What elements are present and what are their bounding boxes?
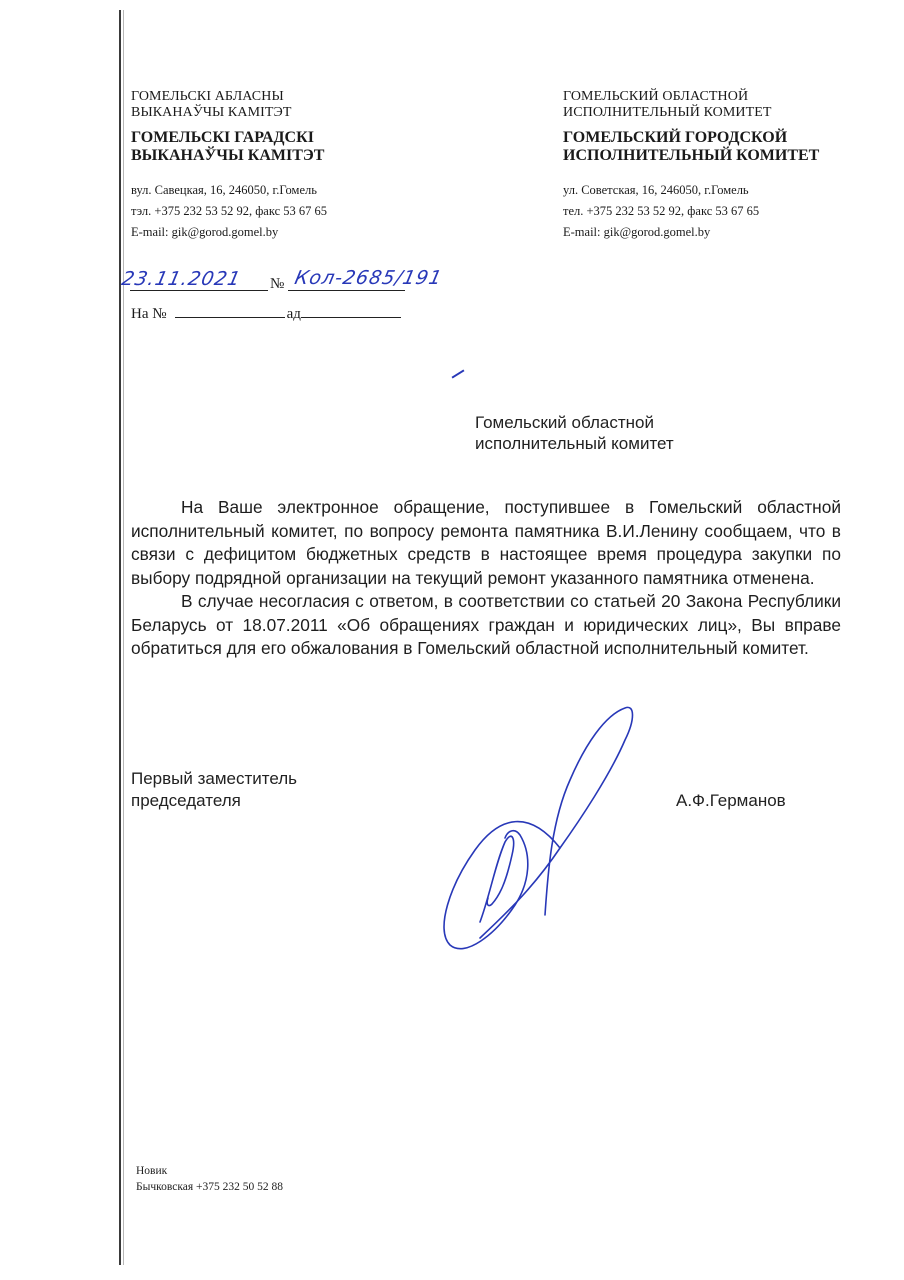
- org-name-line-1: ГОМЕЛЬСКІ ГАРАДСКІ: [131, 129, 451, 147]
- letter-body: На Ваше электронное обращение, поступивш…: [131, 496, 841, 661]
- number-field-line: [288, 290, 405, 291]
- handwritten-number: Кол-2685/191: [293, 267, 445, 289]
- number-label: №: [270, 276, 284, 293]
- address: ул. Советская, 16, 246050, г.Гомель: [563, 180, 883, 201]
- email: E-mail: gik@gorod.gomel.by: [131, 222, 451, 243]
- contact-info: вул. Савецкая, 16, 246050, г.Гомель тэл.…: [131, 180, 451, 243]
- signer-name: А.Ф.Германов: [676, 790, 786, 812]
- phone: тэл. +375 232 53 52 92, факс 53 67 65: [131, 201, 451, 222]
- body-paragraph: На Ваше электронное обращение, поступивш…: [131, 496, 841, 590]
- org-name-line-2: ИСПОЛНИТЕЛЬНЫЙ КОМИТЕТ: [563, 147, 883, 165]
- org-name-line-2: ВЫКАНАЎЧЫ КАМІТЭТ: [131, 147, 451, 165]
- handwritten-signature-icon: [420, 690, 650, 960]
- letterhead-russian: ГОМЕЛЬСКИЙ ОБЛАСТНОЙ ИСПОЛНИТЕЛЬНЫЙ КОМИ…: [563, 89, 883, 243]
- addressee-line-1: Гомельский областной: [475, 412, 674, 433]
- address: вул. Савецкая, 16, 246050, г.Гомель: [131, 180, 451, 201]
- phone: тел. +375 232 53 52 92, факс 53 67 65: [563, 201, 883, 222]
- executor-name: Новик: [136, 1163, 283, 1179]
- superior-org-line-1: ГОМЕЛЬСКІ АБЛАСНЫ: [131, 89, 451, 105]
- binding-line: [119, 10, 121, 1265]
- executor-info: Новик Бычковская +375 232 50 52 88: [136, 1163, 283, 1195]
- org-name: ГОМЕЛЬСКИЙ ГОРОДСКОЙ ИСПОЛНИТЕЛЬНЫЙ КОМИ…: [563, 129, 883, 165]
- addressee: Гомельский областной исполнительный коми…: [475, 412, 674, 454]
- org-name-line-1: ГОМЕЛЬСКИЙ ГОРОДСКОЙ: [563, 129, 883, 147]
- body-paragraph: В случае несогласия с ответом, в соответ…: [131, 590, 841, 661]
- contact-info: ул. Советская, 16, 246050, г.Гомель тел.…: [563, 180, 883, 243]
- executor-contact: Бычковская +375 232 50 52 88: [136, 1179, 283, 1195]
- date-field-line: [130, 290, 268, 291]
- signer-title: Первый заместитель председателя: [131, 768, 297, 812]
- reference-date-blank: [301, 303, 401, 318]
- ink-tick-mark: [452, 369, 465, 378]
- email: E-mail: gik@gorod.gomel.by: [563, 222, 883, 243]
- registration-line: 23.11.2021 № Кол-2685/191: [130, 268, 510, 298]
- reference-label: На №: [131, 306, 167, 322]
- reference-number-blank: [175, 303, 285, 318]
- reference-line: На №ад: [131, 303, 401, 324]
- superior-org-line-1: ГОМЕЛЬСКИЙ ОБЛАСТНОЙ: [563, 89, 883, 105]
- org-name: ГОМЕЛЬСКІ ГАРАДСКІ ВЫКАНАЎЧЫ КАМІТЭТ: [131, 129, 451, 165]
- superior-org-name: ГОМЕЛЬСКІ АБЛАСНЫ ВЫКАНАЎЧЫ КАМІТЭТ: [131, 89, 451, 121]
- signer-title-line-2: председателя: [131, 790, 297, 812]
- addressee-line-2: исполнительный комитет: [475, 433, 674, 454]
- signer-title-line-1: Первый заместитель: [131, 768, 297, 790]
- handwritten-date: 23.11.2021: [120, 268, 243, 290]
- letterhead-belarusian: ГОМЕЛЬСКІ АБЛАСНЫ ВЫКАНАЎЧЫ КАМІТЭТ ГОМЕ…: [131, 89, 451, 243]
- superior-org-name: ГОМЕЛЬСКИЙ ОБЛАСТНОЙ ИСПОЛНИТЕЛЬНЫЙ КОМИ…: [563, 89, 883, 121]
- binding-line-secondary: [123, 10, 124, 1265]
- reference-mid-label: ад: [287, 306, 301, 322]
- superior-org-line-2: ИСПОЛНИТЕЛЬНЫЙ КОМИТЕТ: [563, 105, 883, 121]
- superior-org-line-2: ВЫКАНАЎЧЫ КАМІТЭТ: [131, 105, 451, 121]
